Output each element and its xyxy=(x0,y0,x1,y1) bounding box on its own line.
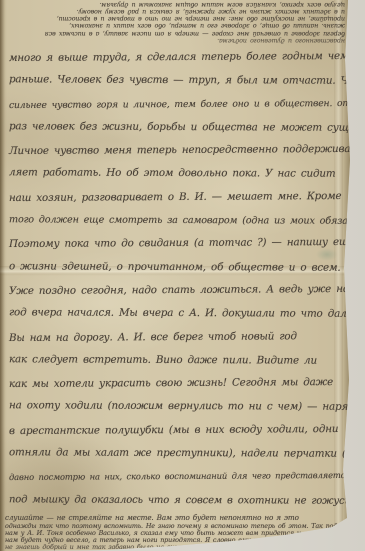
letter-body-text: много я выше труда, я сделался теперь бо… xyxy=(9,46,343,512)
manuscript-line: на охоту ходили (положим вернулись то ни… xyxy=(9,395,343,420)
manuscript-line: Вы нам на дорогу. А. И. все берег чтоб н… xyxy=(9,325,343,350)
letter-bottom-addendum: слушайте — не стреляйте на месте. Вам эт… xyxy=(5,514,353,551)
manuscript-line: и в здешних местах жизнь не хуже прежней… xyxy=(3,8,345,15)
paper-right-edge xyxy=(343,0,351,551)
manuscript-line: отняли да мы халат же преступники), наде… xyxy=(9,441,343,466)
manuscript-line: Уже поздно сегодня, надо спать ложиться.… xyxy=(9,278,343,303)
manuscript-line: не знаешь добрый и мне так забавно было … xyxy=(5,544,353,551)
manuscript-line: того должен еще смотреть за самоваром (о… xyxy=(9,208,343,233)
manuscript-line: ляет работать. Но об этом довольно пока.… xyxy=(9,162,343,187)
manuscript-line: береги здоровье и отвечай мне скорее — т… xyxy=(3,29,345,36)
manuscript-line: наш хозяин, разговаривает о В. И. — меша… xyxy=(9,185,343,210)
manuscript-line: нравственного и душевного подъема. xyxy=(3,37,345,44)
scan-background: { "document": { "kind": "scanned page of… xyxy=(0,0,365,551)
manuscript-line: прощайте, не тоскуйте обо мне: мне тепер… xyxy=(3,15,345,22)
manuscript-line: как мы хотели украсить свою жизнь! Сегод… xyxy=(9,371,343,396)
manuscript-line: жизнь. напиши об отце, о здоровье его и … xyxy=(3,22,345,29)
letter-paper: нравственного и душевного подъема. берег… xyxy=(0,0,353,551)
manuscript-line: раз человек без жизни, борьбы и общества… xyxy=(9,115,343,140)
manuscript-line: год вчера начался. Мы вчера с А. И. доку… xyxy=(9,302,343,327)
manuscript-line: много я выше труда, я сделался теперь бо… xyxy=(9,45,343,70)
inverted-header-text: нравственного и душевного подъема. берег… xyxy=(3,1,345,44)
manuscript-line: в арестантские полушубки (мы в них всюду… xyxy=(9,418,343,443)
manuscript-line: раньше. Человек без чувств — труп, я был… xyxy=(9,69,343,94)
manuscript-line: под мышку да оказалось что я совсем в ох… xyxy=(9,488,343,513)
manuscript-line: Поэтому пока что до свидания (а тотчас ?… xyxy=(9,231,343,256)
manuscript-line: сильнее чувство горя и личное, тем более… xyxy=(9,92,343,117)
manuscript-line: целую всех крепко, кланяйся всем нашим о… xyxy=(3,0,345,7)
manuscript-line: Личное чувство меня теперь непосредствен… xyxy=(9,138,343,163)
manuscript-line: давно посмотрю на них, сколько воспомина… xyxy=(9,464,343,489)
manuscript-line: о жизни здешней, о прочитанном, об общес… xyxy=(9,255,343,280)
manuscript-line: как следует встретить. Вино даже пили. В… xyxy=(9,348,343,373)
paper-left-edge xyxy=(0,0,5,551)
